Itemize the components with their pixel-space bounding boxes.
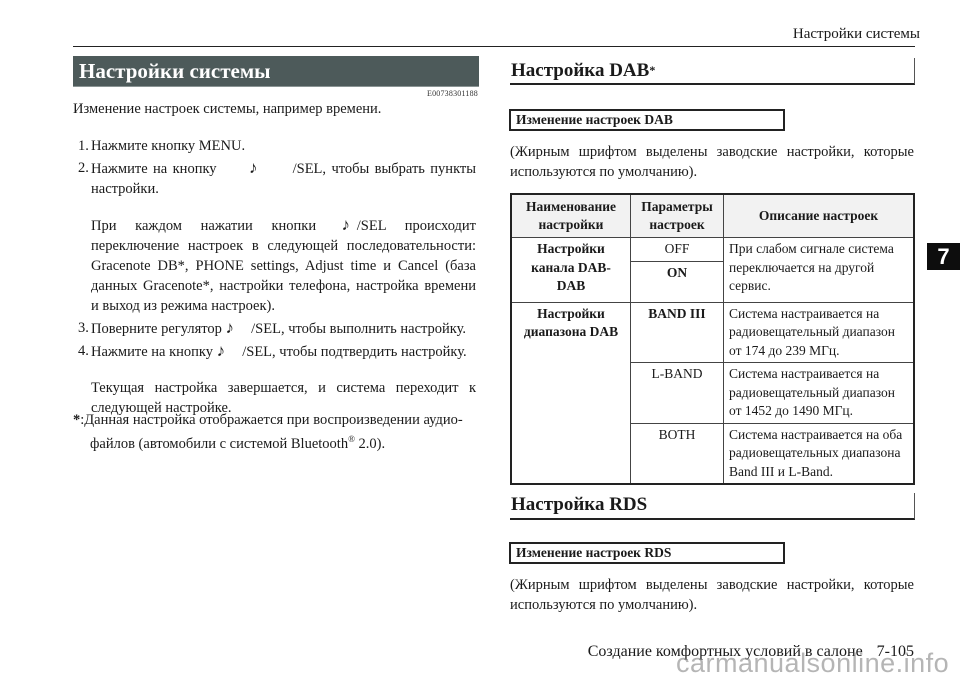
step-number: 2.	[78, 158, 91, 199]
music-note-icon: ♪	[249, 158, 271, 178]
intro-text: Изменение настроек системы, например вре…	[73, 101, 381, 118]
dab-heading-text: Настройка DAB	[511, 60, 649, 81]
setting-option-default: BAND III	[631, 302, 724, 363]
music-note-icon: ♪	[335, 215, 357, 235]
header-setting-name: Наименование настройки	[511, 194, 631, 238]
top-rule	[73, 46, 915, 47]
running-head: Настройки системы	[793, 26, 920, 43]
rds-note-line-2: используются по умолчанию).	[510, 597, 697, 613]
step-text: Поверните регулятор ♪ /SEL, чтобы выполн…	[91, 318, 476, 339]
step-3: 3. Поверните регулятор ♪ /SEL, чтобы вып…	[78, 318, 476, 339]
step-2: 2. Нажмите на кнопку ♪ /SEL, чтобы выбра…	[78, 158, 476, 199]
watermark: carmanualsonline.info	[676, 648, 949, 679]
step-text-after: /SEL, чтобы выполнить настройку.	[251, 321, 466, 337]
setting-description: Система настраивается на оба радиовещате…	[724, 423, 915, 484]
setting-option-default: ON	[631, 261, 724, 302]
step-number: 1.	[78, 136, 91, 156]
step-number: 4.	[78, 341, 91, 362]
setting-description: Система настраивается на радиовещательны…	[724, 363, 915, 424]
table-header-row: Наименование настройки Параметры настрое…	[511, 194, 914, 238]
header-description: Описание настроек	[724, 194, 915, 238]
registered-mark: ®	[348, 434, 355, 444]
dab-note-line-1: (Жирным шрифтом выделены заводские настр…	[510, 142, 914, 162]
note-text-before: При каждом нажатии кнопки	[91, 218, 316, 234]
rds-note: (Жирным шрифтом выделены заводские настр…	[510, 575, 914, 615]
step-text: Нажмите кнопку MENU.	[91, 136, 476, 156]
step-1: 1. Нажмите кнопку MENU.	[78, 136, 476, 156]
step-text: Нажмите на кнопку ♪ /SEL, чтобы подтверд…	[91, 341, 476, 362]
setting-name: Настройки диапазона DAB	[511, 302, 631, 484]
table-row: Настройки диапазона DAB BAND III Система…	[511, 302, 914, 363]
step-text-before: Нажмите на кнопку	[91, 161, 217, 177]
rds-note-line-1: (Жирным шрифтом выделены заводские настр…	[510, 575, 914, 595]
music-note-icon: ♪	[217, 341, 239, 361]
section-heading-rds: Настройка RDS	[510, 493, 915, 520]
section-heading-dab: Настройка DAB*	[510, 58, 915, 85]
step-4: 4. Нажмите на кнопку ♪ /SEL, чтобы подтв…	[78, 341, 476, 362]
footnote-cont-text: файлов (автомобили с системой Bluetooth	[90, 436, 348, 452]
step-number: 3.	[78, 318, 91, 339]
section-heading-system-settings: Настройки системы	[73, 56, 479, 87]
dab-settings-table: Наименование настройки Параметры настрое…	[510, 193, 915, 485]
setting-option: L-BAND	[631, 363, 724, 424]
setting-description: Система настраивается на радиовещательны…	[724, 302, 915, 363]
steps-list: 1. Нажмите кнопку MENU. 2. Нажмите на кн…	[78, 136, 476, 418]
chapter-tab: 7	[927, 243, 960, 270]
subheading-dab: Изменение настроек DAB	[509, 109, 785, 131]
document-code: E00738301188	[427, 89, 478, 98]
dab-note: (Жирным шрифтом выделены заводские настр…	[510, 142, 914, 182]
step-text: Нажмите на кнопку ♪ /SEL, чтобы выбрать …	[91, 158, 476, 199]
step-text-after: /SEL, чтобы подтвердить настройку.	[242, 344, 466, 360]
header-parameters: Параметры настроек	[631, 194, 724, 238]
step-text-before: Нажмите на кнопку	[91, 344, 213, 360]
step-2-note: При каждом нажатии кнопки ♪/SEL происход…	[91, 215, 476, 316]
footnote: *:Данная настройка отображается при восп…	[73, 408, 477, 456]
setting-option: BOTH	[631, 423, 724, 484]
table-row: Настройки канала DAB-DAB OFF При слабом …	[511, 238, 914, 262]
footnote-end-text: 2.0).	[355, 436, 385, 452]
setting-option: OFF	[631, 238, 724, 262]
setting-name: Настройки канала DAB-DAB	[511, 238, 631, 303]
dab-note-line-2: используются по умолчанию).	[510, 164, 697, 180]
music-note-icon: ♪	[226, 318, 248, 338]
step-text-before: Поверните регулятор	[91, 321, 222, 337]
dab-heading-asterisk: *	[649, 63, 655, 77]
footnote-continuation: файлов (автомобили с системой Bluetooth®…	[73, 432, 477, 456]
setting-description: При слабом сигнале система переключается…	[724, 238, 915, 303]
footnote-text: :Данная настройка отображается при воспр…	[80, 412, 462, 428]
subheading-rds: Изменение настроек RDS	[509, 542, 785, 564]
